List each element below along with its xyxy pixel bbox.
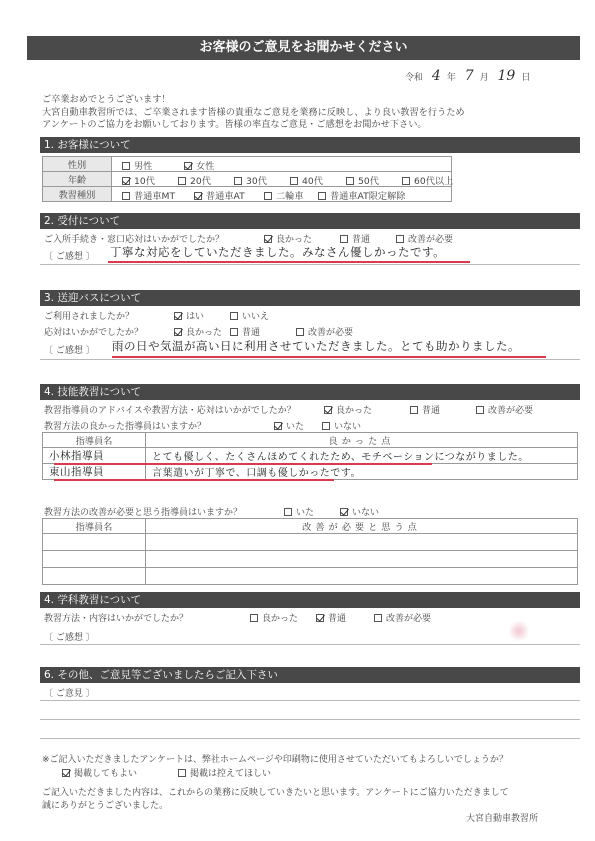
option-label: 掲載してもよい xyxy=(74,769,137,779)
option-label: 男性 xyxy=(134,161,152,172)
option-label: 改善が必要 xyxy=(488,406,533,416)
age-label: 年齢 xyxy=(43,172,112,187)
option-30s[interactable]: 30代 xyxy=(234,173,267,187)
checkbox-checked-icon[interactable] xyxy=(340,508,348,516)
checkbox-icon[interactable] xyxy=(122,162,130,170)
option-at[interactable]: 普通車AT xyxy=(194,188,245,202)
highlight-underline xyxy=(108,261,470,263)
improve-instructor-table: 指導員名 改善が必要と思う点 xyxy=(42,518,578,585)
instructor-name[interactable] xyxy=(43,534,146,551)
checkbox-icon[interactable] xyxy=(122,192,130,200)
checkbox-checked-icon[interactable] xyxy=(174,312,182,320)
option-label: いた xyxy=(286,422,304,432)
question-text: 教習方法・内容はいかがでしたか？ xyxy=(44,614,188,624)
intro-text: ご卒業おめでとうございます！ 大宮自動車教習所では、ご卒業されます皆様の貴重なご… xyxy=(42,94,465,132)
date-field: 令和 4年 7月 19日 xyxy=(405,68,530,84)
option-label: 普通車AT xyxy=(206,191,245,202)
good-instructor-question: 教習方法の良かった指導員はいますか？ いた いない xyxy=(44,419,206,432)
option-good[interactable]: 良かった xyxy=(324,403,372,416)
checkbox-checked-icon[interactable] xyxy=(316,614,324,622)
option-40s[interactable]: 40代 xyxy=(290,173,323,187)
checkbox-icon[interactable] xyxy=(346,177,354,185)
classroom-comment-label: 〔 ご感想 〕 xyxy=(44,630,95,643)
checkbox-icon[interactable] xyxy=(476,406,484,414)
good-instructor-table: 指導員名 良かった点 小林指導員 とても優しく、たくさんほめてくれたため、モチベ… xyxy=(42,432,578,480)
intro-line-3: アンケートのご協力をお願いしております。皆様の率直なご意見・ご感想をお聞かせ下さ… xyxy=(42,119,465,132)
checkbox-icon[interactable] xyxy=(374,614,382,622)
section-1-header: 1. お客様について xyxy=(40,137,580,153)
checkbox-icon[interactable] xyxy=(290,177,298,185)
comment-rule xyxy=(40,264,580,265)
checkbox-icon[interactable] xyxy=(284,508,292,516)
option-label: 20代 xyxy=(190,176,211,187)
option-50s[interactable]: 50代 xyxy=(346,173,379,187)
option-no[interactable]: いいえ xyxy=(230,309,269,322)
highlight-underline xyxy=(54,479,334,481)
comment-rule xyxy=(40,359,580,360)
checkbox-icon[interactable] xyxy=(264,192,272,200)
option-needs-improvement[interactable]: 改善が必要 xyxy=(476,403,533,416)
checkbox-checked-icon[interactable] xyxy=(184,162,192,170)
checkbox-icon[interactable] xyxy=(296,328,304,336)
instructor-name[interactable] xyxy=(43,551,146,568)
instructor-question: 教習指導員のアドバイスや教習方法・応対はいかがでしたか？ 良かった 普通 改善が… xyxy=(44,403,296,416)
option-at-release[interactable]: 普通車AT限定解除 xyxy=(318,188,406,202)
age-row: 年齢 10代 20代 30代 40代 50代 60代以上 xyxy=(43,172,452,187)
option-allow[interactable]: 掲載してもよい xyxy=(62,766,137,779)
checkbox-icon[interactable] xyxy=(340,235,348,243)
option-male[interactable]: 男性 xyxy=(122,158,152,172)
date-day-unit: 日 xyxy=(521,73,530,83)
option-yes[interactable]: いた xyxy=(274,419,304,432)
gender-row: 性別 男性 女性 xyxy=(43,157,452,172)
question-text: 教習指導員のアドバイスや教習方法・応対はいかがでしたか？ xyxy=(44,406,296,416)
good-point[interactable]: とても優しく、たくさんほめてくれたため、モチベーションにつながりました。 xyxy=(146,448,578,464)
option-label: はい xyxy=(186,312,204,322)
consent-question: ※ご記入いただきましたアンケートは、弊社ホームページや印刷物に使用させていただい… xyxy=(42,752,508,765)
option-60s-plus[interactable]: 60代以上 xyxy=(402,173,453,187)
closing-line-1: ご記入いただきました内容は、これからの業務に反映していきたいと思います。アンケー… xyxy=(42,787,509,800)
option-label: 良かった xyxy=(262,614,298,624)
section-4-header: 4. 技能教習について xyxy=(40,384,580,400)
comment-rule xyxy=(40,738,580,739)
checkbox-icon[interactable] xyxy=(322,422,330,430)
customer-info-table: 性別 男性 女性 年齢 10代 20代 30代 40代 50代 60代以上 教習… xyxy=(42,156,452,202)
option-label: 改善が必要 xyxy=(308,328,353,338)
option-label: 10代 xyxy=(134,176,155,187)
checkbox-icon[interactable] xyxy=(178,769,186,777)
section-6-header: 6. その他、ご意見等ございましたらご記入下さい xyxy=(40,667,580,683)
option-no[interactable]: いない xyxy=(340,505,379,518)
option-label: 掲載は控えてほしい xyxy=(190,769,271,779)
improve-instructor-question: 教習方法の改善が必要と思う指導員はいますか？ いた いない xyxy=(44,505,242,518)
classroom-question: 教習方法・内容はいかがでしたか？ 良かった 普通 改善が必要 xyxy=(44,611,188,624)
date-month-unit: 月 xyxy=(480,73,489,83)
closing-line-2: 誠にありがとうございました。 xyxy=(42,800,509,813)
section-5-header: 4. 学科教習について xyxy=(40,592,580,608)
date-day[interactable]: 19 xyxy=(498,68,516,84)
highlight-underline xyxy=(112,356,546,358)
course-row: 教習種別 普通車MT 普通車AT 二輪車 普通車AT限定解除 xyxy=(43,187,452,202)
other-comment-label: 〔 ご意見 〕 xyxy=(44,686,95,699)
closing-text: ご記入いただきました内容は、これからの業務に反映していきたいと思います。アンケー… xyxy=(42,787,509,813)
reception-comment-label: 〔 ご感想 〕 xyxy=(44,249,95,262)
option-label: 普通車MT xyxy=(134,191,175,202)
checkbox-icon[interactable] xyxy=(250,614,258,622)
instructor-name[interactable]: 小林指導員 xyxy=(43,448,146,464)
question-text: 教習方法の改善が必要と思う指導員はいますか？ xyxy=(44,508,242,518)
option-label: 普通 xyxy=(328,614,346,624)
table-header-row: 指導員名 良かった点 xyxy=(43,433,578,448)
date-era: 令和 xyxy=(405,73,423,83)
option-decline[interactable]: 掲載は控えてほしい xyxy=(178,766,271,779)
option-label: 二輪車 xyxy=(276,191,304,202)
option-label: 50代 xyxy=(358,176,379,187)
course-label: 教習種別 xyxy=(43,187,112,202)
section-2-header: 2. 受付について xyxy=(40,213,580,229)
bus-usage-question: ご利用されましたか？ はい いいえ xyxy=(44,309,134,322)
option-10s[interactable]: 10代 xyxy=(122,173,155,187)
option-label: 普通車AT限定解除 xyxy=(330,191,406,202)
option-good[interactable]: 良かった xyxy=(174,325,222,338)
good-point[interactable]: 言葉遣いが丁寧で、口調も優しかったです。 xyxy=(146,464,578,480)
checkbox-icon[interactable] xyxy=(402,177,410,185)
checkbox-checked-icon[interactable] xyxy=(274,422,282,430)
bus-comment-label: 〔 ご感想 〕 xyxy=(44,343,95,356)
checkbox-checked-icon[interactable] xyxy=(264,235,272,243)
checkbox-checked-icon[interactable] xyxy=(324,406,332,414)
column-header: 指導員名 xyxy=(43,519,146,534)
option-label: 60代以上 xyxy=(414,176,453,187)
option-needs-improvement[interactable]: 改善が必要 xyxy=(374,611,431,624)
option-normal[interactable]: 普通 xyxy=(316,611,346,624)
checkbox-checked-icon[interactable] xyxy=(62,769,70,777)
date-year[interactable]: 4 xyxy=(432,68,441,84)
option-motorcycle[interactable]: 二輪車 xyxy=(264,188,304,202)
option-label: 30代 xyxy=(246,176,267,187)
intro-line-2: 大宮自動車教習所では、ご卒業されます皆様の貴重なご意見を業務に反映し、より良い教… xyxy=(42,107,465,120)
option-label: 良かった xyxy=(336,406,372,416)
question-text: 教習方法の良かった指導員はいますか？ xyxy=(44,422,206,432)
option-good[interactable]: 良かった xyxy=(250,611,298,624)
reception-comment[interactable]: 丁寧な対応をしていただきました。みなさん優しかったです。 xyxy=(110,244,445,260)
option-label: 女性 xyxy=(196,161,214,172)
option-label: 40代 xyxy=(302,176,323,187)
option-label: いない xyxy=(352,508,379,518)
option-yes[interactable]: いた xyxy=(284,505,314,518)
checkbox-icon[interactable] xyxy=(318,192,326,200)
option-yes[interactable]: はい xyxy=(174,309,204,322)
option-label: いいえ xyxy=(242,312,269,322)
comment-rule xyxy=(40,644,580,645)
school-signature: 大宮自動車教習所 xyxy=(466,811,538,824)
checkbox-icon[interactable] xyxy=(178,177,186,185)
question-text: 応対はいかがでしたか？ xyxy=(44,328,143,338)
date-year-unit: 年 xyxy=(447,73,456,83)
option-label: 良かった xyxy=(186,328,222,338)
option-20s[interactable]: 20代 xyxy=(178,173,211,187)
option-label: 普通 xyxy=(242,328,260,338)
form-title: お客様のご意見をお聞かせください xyxy=(27,36,580,60)
checkbox-icon[interactable] xyxy=(234,177,242,185)
checkbox-icon[interactable] xyxy=(230,328,238,336)
section-3-header: 3. 送迎バスについて xyxy=(40,290,580,306)
course-options: 普通車MT 普通車AT 二輪車 普通車AT限定解除 xyxy=(112,187,452,202)
checkbox-checked-icon[interactable] xyxy=(122,177,130,185)
checkbox-icon[interactable] xyxy=(230,312,238,320)
table-row: 小林指導員 とても優しく、たくさんほめてくれたため、モチベーションにつながりまし… xyxy=(43,448,578,464)
gender-options: 男性 女性 xyxy=(112,157,452,172)
option-female[interactable]: 女性 xyxy=(184,158,214,172)
checkbox-checked-icon[interactable] xyxy=(174,328,182,336)
option-normal[interactable]: 普通 xyxy=(410,403,440,416)
table-row: 東山指導員 言葉遣いが丁寧で、口調も優しかったです。 xyxy=(43,464,578,480)
stamp-mark xyxy=(508,617,530,645)
instructor-name[interactable]: 東山指導員 xyxy=(43,464,146,480)
option-label: 改善が必要 xyxy=(386,614,431,624)
table-row xyxy=(43,551,578,568)
option-normal[interactable]: 普通 xyxy=(230,325,260,338)
intro-line-1: ご卒業おめでとうございます！ xyxy=(42,94,465,107)
checkbox-icon[interactable] xyxy=(396,235,404,243)
gender-label: 性別 xyxy=(43,157,112,172)
bus-comment[interactable]: 雨の日や気温が高い日に利用させていただきました。とても助かりました。 xyxy=(112,338,520,354)
table-row xyxy=(43,534,578,551)
table-header-row: 指導員名 改善が必要と思う点 xyxy=(43,519,578,534)
age-options: 10代 20代 30代 40代 50代 60代以上 xyxy=(112,172,452,187)
checkbox-icon[interactable] xyxy=(410,406,418,414)
comment-rule xyxy=(40,719,580,720)
option-label: いない xyxy=(334,422,361,432)
improve-point[interactable] xyxy=(146,568,578,585)
question-text: ご利用されましたか？ xyxy=(44,312,134,322)
option-no[interactable]: いない xyxy=(322,419,361,432)
date-month[interactable]: 7 xyxy=(465,68,474,84)
bus-service-question: 応対はいかがでしたか？ 良かった 普通 改善が必要 xyxy=(44,325,143,338)
option-label: いた xyxy=(296,508,314,518)
column-header: 良かった点 xyxy=(146,433,578,448)
comment-rule xyxy=(40,700,580,701)
improve-point[interactable] xyxy=(146,534,578,551)
option-needs-improvement[interactable]: 改善が必要 xyxy=(296,325,353,338)
instructor-name[interactable] xyxy=(43,568,146,585)
checkbox-checked-icon[interactable] xyxy=(194,192,202,200)
table-row xyxy=(43,568,578,585)
improve-point[interactable] xyxy=(146,551,578,568)
option-label: 普通 xyxy=(422,406,440,416)
column-header: 改善が必要と思う点 xyxy=(146,519,578,534)
option-mt[interactable]: 普通車MT xyxy=(122,188,175,202)
column-header: 指導員名 xyxy=(43,433,146,448)
highlight-underline xyxy=(54,463,432,465)
